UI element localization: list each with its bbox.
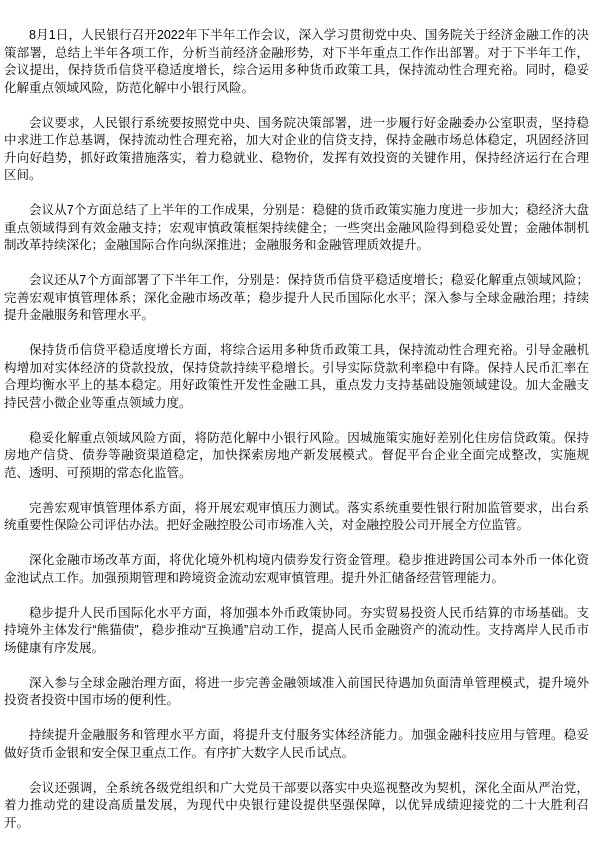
paragraph: 稳妥化解重点领域风险方面，将防范化解中小银行风险。因城施策实施好差别化住房信贷政… xyxy=(4,430,589,483)
paragraph: 深化金融市场改革方面，将优化境外机构境内债券发行资金管理。稳步推进跨国公司本外币… xyxy=(4,552,589,587)
paragraph: 深入参与全球金融治理方面，将进一步完善金融领域准入前国民待遇加负面清单管理模式，… xyxy=(4,675,589,710)
paragraph: 会议还从7个方面部署了下半年工作，分别是：保持货币信贷平稳适度增长；稳妥化解重点… xyxy=(4,272,589,325)
paragraph: 完善宏观审慎管理体系方面，将开展宏观审慎压力测试。落实系统重要性银行附加监管要求… xyxy=(4,500,589,535)
paragraph: 会议要求，人民银行系统要按照党中央、国务院决策部署，进一步履行好金融委办公室职责… xyxy=(4,115,589,185)
paragraph: 会议还强调，全系统各级党组织和广大党员干部要以落实中央巡视整改为契机，深化全面从… xyxy=(4,780,589,833)
paragraph: 保持货币信贷平稳适度增长方面，将综合运用多种货币政策工具，保持流动性合理充裕。引… xyxy=(4,342,589,412)
document-page: 8月1日，人民银行召开2022年下半年工作会议，深入学习贯彻党中央、国务院关于经… xyxy=(0,0,595,842)
paragraph: 持续提升金融服务和管理水平方面，将提升支付服务实体经济能力。加强金融科技应用与管… xyxy=(4,727,589,762)
article-body: 8月1日，人民银行召开2022年下半年工作会议，深入学习贯彻党中央、国务院关于经… xyxy=(0,0,595,832)
paragraph: 稳步提升人民币国际化水平方面，将加强本外币政策协同。夯实贸易投资人民币结算的市场… xyxy=(4,605,589,658)
paragraph: 会议从7个方面总结了上半年的工作成果，分别是：稳健的货币政策实施力度进一步加大；… xyxy=(4,202,589,255)
paragraph: 8月1日，人民银行召开2022年下半年工作会议，深入学习贯彻党中央、国务院关于经… xyxy=(4,27,589,97)
